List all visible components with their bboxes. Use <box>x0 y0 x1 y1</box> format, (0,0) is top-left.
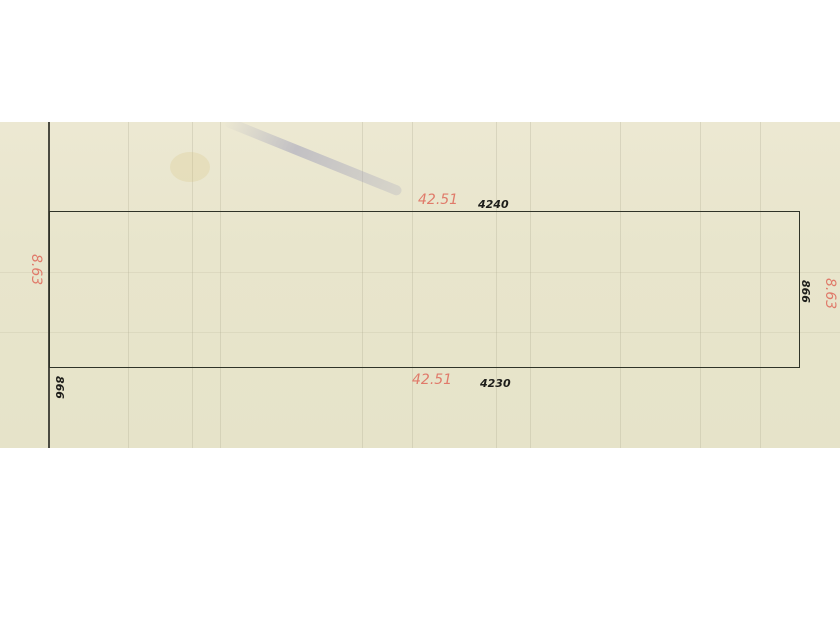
left-length-label: 8.63 <box>28 254 44 285</box>
lower-left-elevation-label: 866 <box>53 376 66 399</box>
bottom-length-label: 42.51 <box>412 372 452 388</box>
bottom-elevation-label: 4230 <box>480 377 511 390</box>
paper-stain <box>170 152 210 182</box>
right-length-label: 8.63 <box>822 278 838 309</box>
lot-boundary <box>49 211 800 368</box>
right-elevation-label: 866 <box>799 280 812 303</box>
pencil-streak <box>223 122 403 197</box>
top-length-label: 42.51 <box>418 192 458 208</box>
top-elevation-label: 4240 <box>478 198 509 211</box>
survey-plat-sheet: 42.51 4240 42.51 4230 8.63 866 8.63 866 <box>0 122 840 448</box>
